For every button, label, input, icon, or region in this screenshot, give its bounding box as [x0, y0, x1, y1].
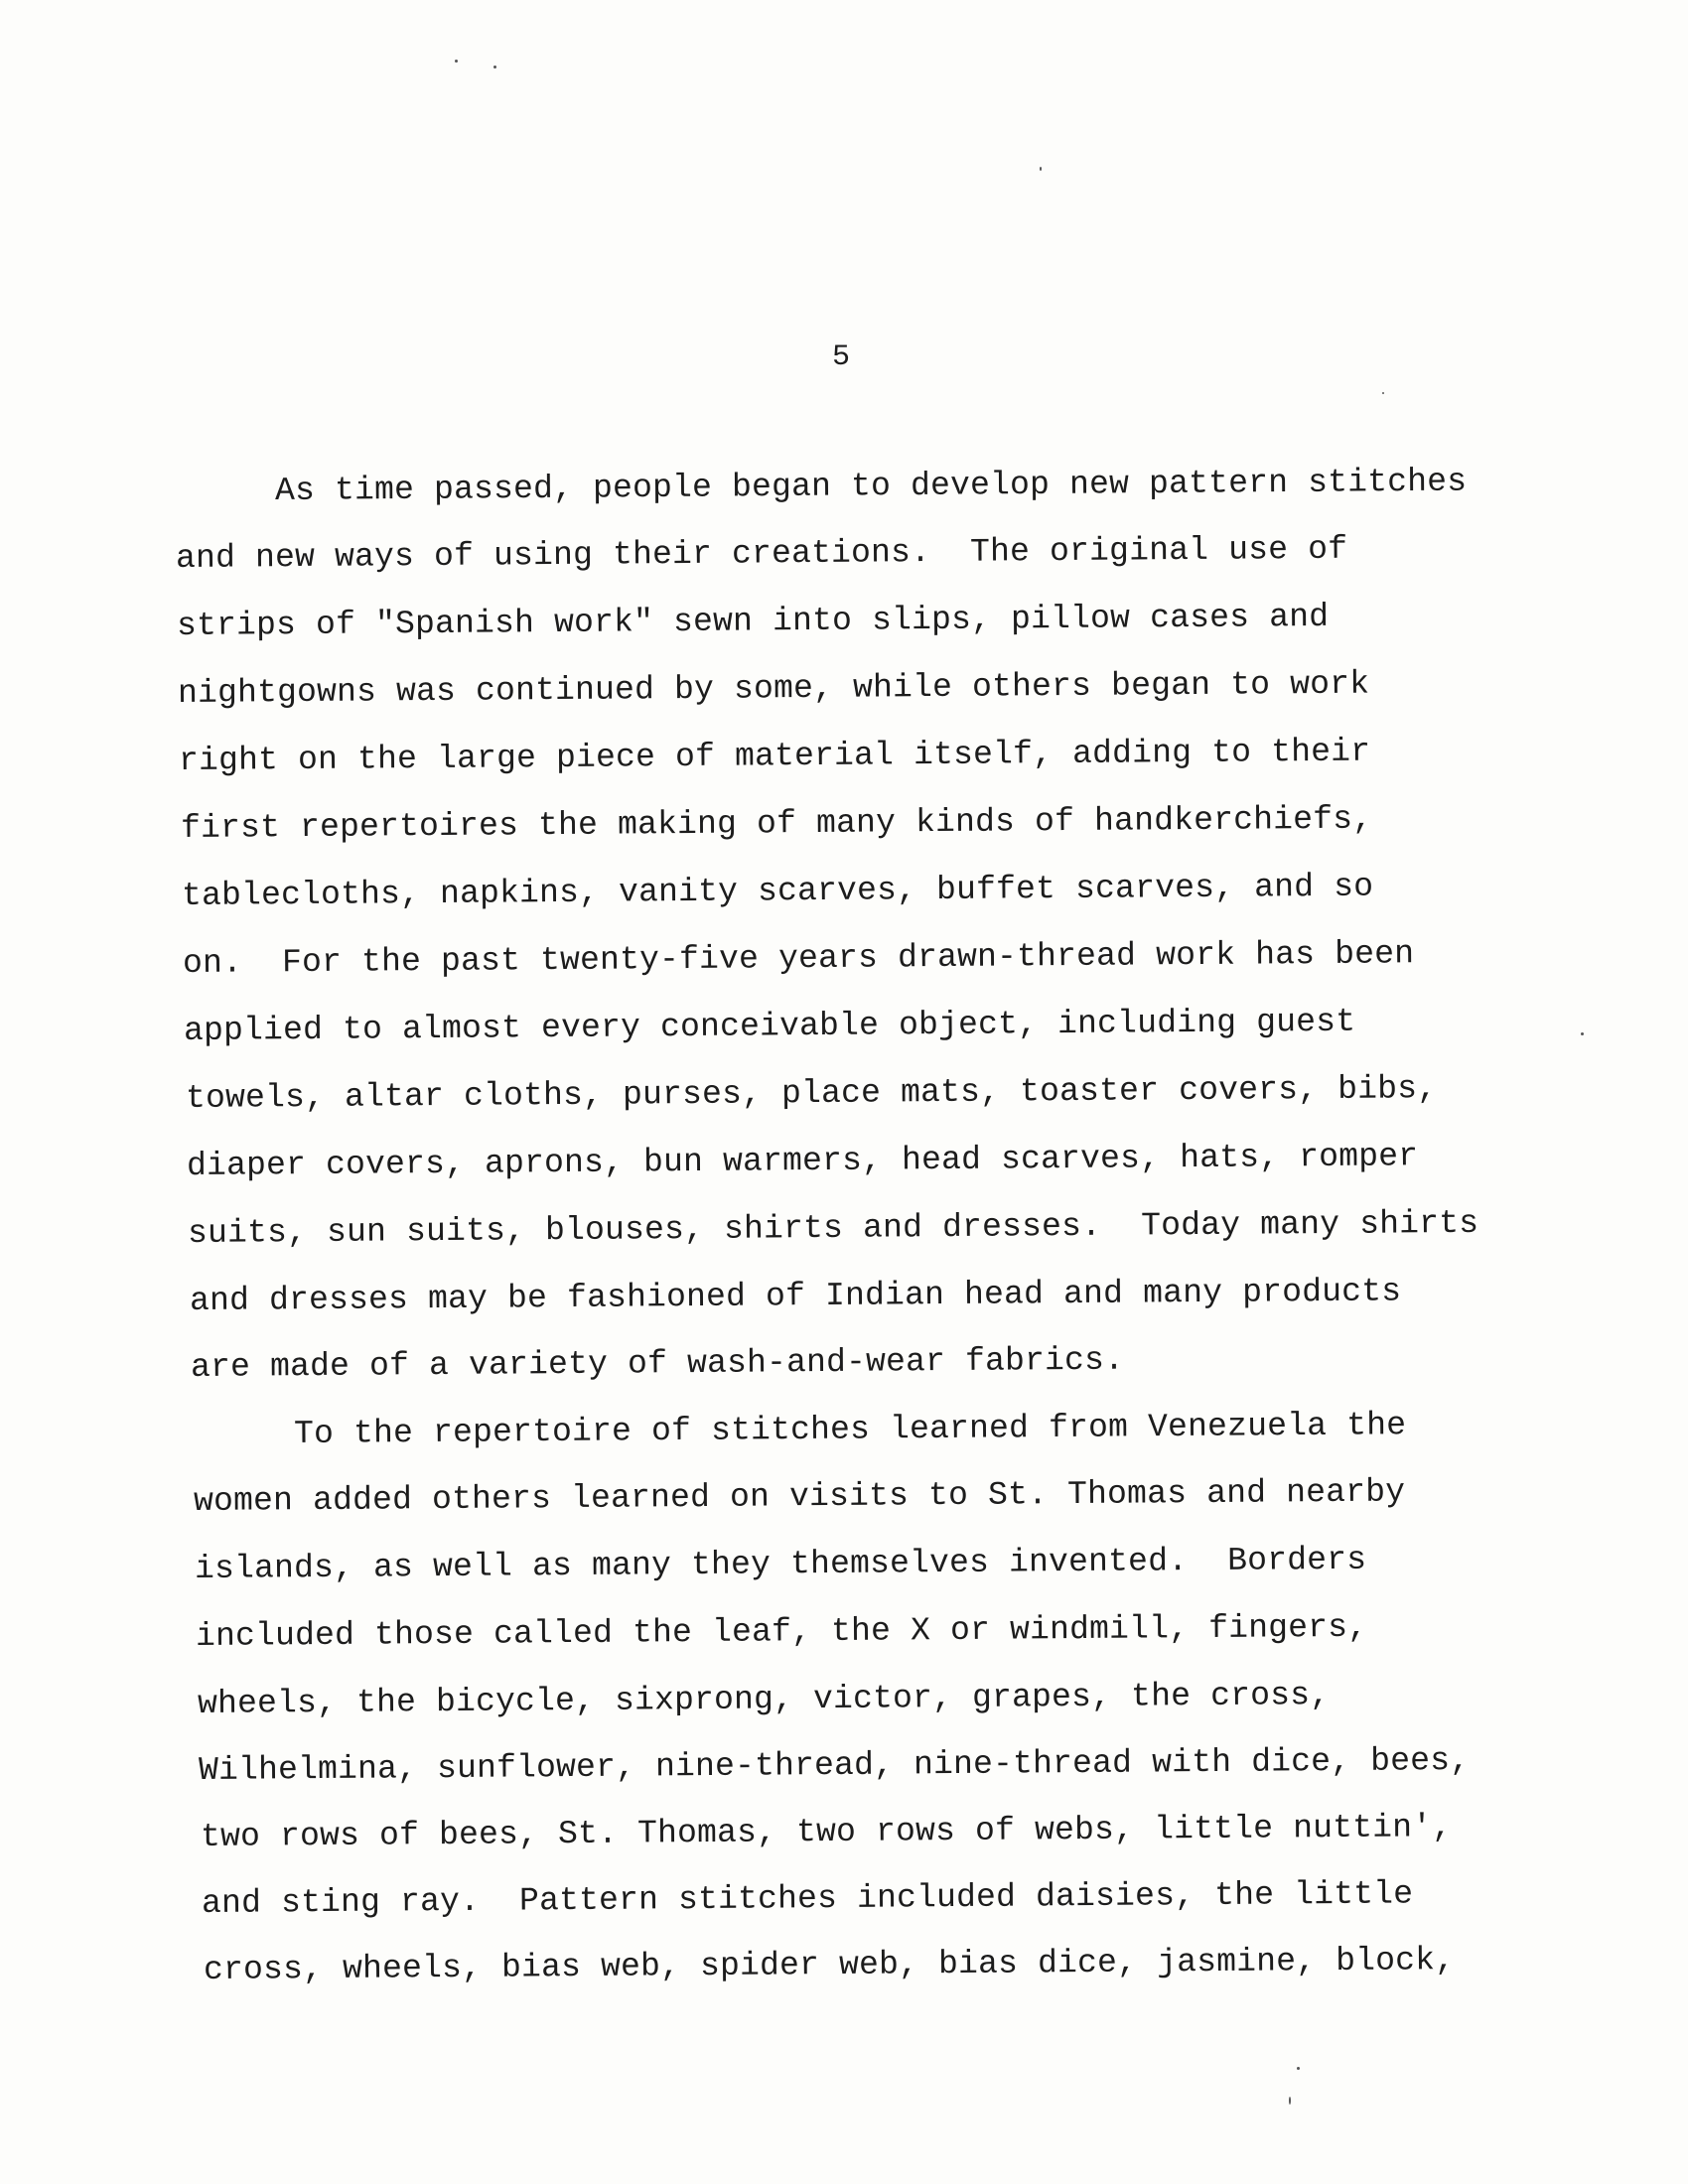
- text-line: suits, sun suits, blouses, shirts and dr…: [188, 1204, 1478, 1254]
- text-line: are made of a variety of wash-and-wear f…: [191, 1341, 1124, 1388]
- document-page: 5 As time passed, people began to develo…: [0, 0, 1688, 2184]
- text-line: first repertoires the making of many kin…: [181, 800, 1372, 849]
- text-line: and dresses may be fashioned of Indian h…: [190, 1272, 1401, 1321]
- scan-speck: [1382, 392, 1384, 394]
- text-line: wheels, the bicycle, sixprong, victor, g…: [198, 1676, 1330, 1724]
- text-line: towels, altar cloths, purses, place mats…: [186, 1069, 1437, 1119]
- text-line: diaper covers, aprons, bun warmers, head…: [187, 1137, 1418, 1186]
- scan-speck: [1289, 2097, 1291, 2105]
- text-line: women added others learned on visits to …: [194, 1472, 1405, 1522]
- text-line: nightgowns was continued by some, while …: [178, 665, 1369, 714]
- text-line: on. For the past twenty-five years drawn…: [183, 934, 1414, 984]
- text-line: As time passed, people began to develop …: [275, 463, 1467, 511]
- text-line: applied to almost every conceivable obje…: [184, 1003, 1355, 1051]
- text-line: right on the large piece of material its…: [179, 733, 1370, 781]
- text-line: To the repertoire of stitches learned fr…: [294, 1406, 1406, 1454]
- text-line: two rows of bees, St. Thomas, two rows o…: [201, 1808, 1452, 1857]
- scan-speck: [493, 66, 496, 68]
- text-line: tablecloths, napkins, vanity scarves, bu…: [182, 868, 1373, 916]
- text-line: cross, wheels, bias web, spider web, bia…: [204, 1941, 1455, 1990]
- page-number: 5: [832, 338, 850, 377]
- scan-speck: [1297, 2067, 1300, 2070]
- text-line: included those called the leaf, the X or…: [196, 1608, 1367, 1657]
- scan-speck: [455, 60, 458, 63]
- scan-speck: [1581, 1032, 1584, 1035]
- text-line: islands, as well as many they themselves…: [195, 1541, 1366, 1589]
- text-line: Wilhelmina, sunflower, nine-thread, nine…: [199, 1741, 1470, 1791]
- text-line: and sting ray. Pattern stitches included…: [202, 1874, 1413, 1924]
- text-line: and new ways of using their creations. T…: [176, 530, 1347, 579]
- scan-speck: [1040, 167, 1042, 171]
- text-line: strips of "Spanish work" sewn into slips…: [177, 598, 1329, 646]
